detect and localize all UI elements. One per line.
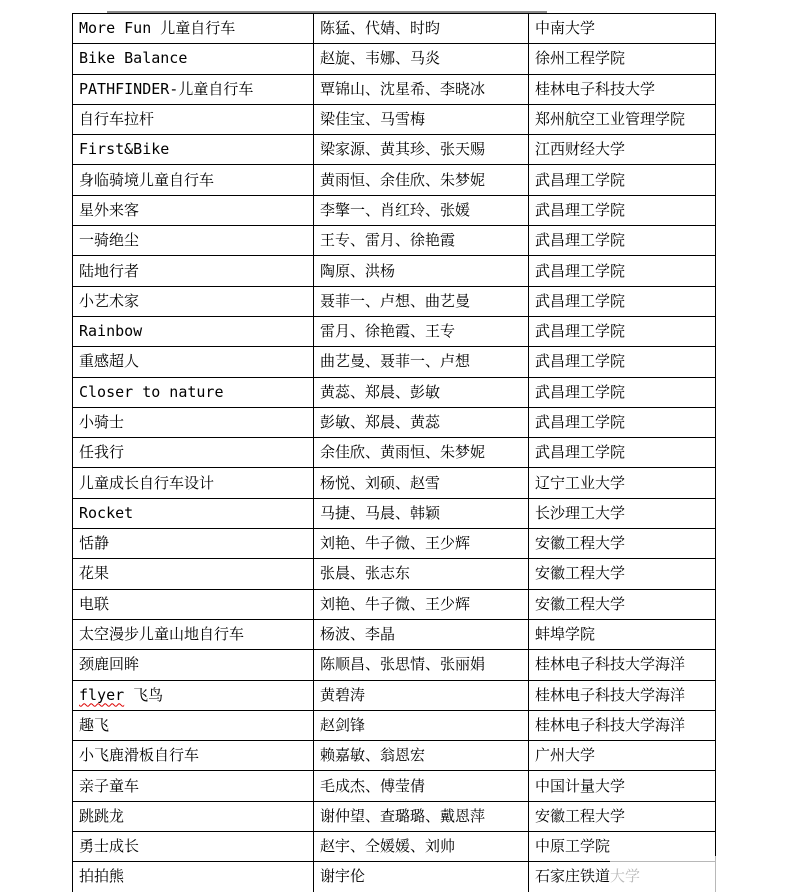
cell-authors: 陈猛、代婧、时昀: [314, 14, 529, 44]
cell-work-title: 颈鹿回眸: [73, 650, 314, 680]
cell-work-title: 跳跳龙: [73, 801, 314, 831]
cell-work-title: 恬静: [73, 529, 314, 559]
cell-work-title: 勇士成长: [73, 832, 314, 862]
cell-authors: 赵旋、韦娜、马炎: [314, 44, 529, 74]
cell-authors: 毛成杰、傅莹倩: [314, 771, 529, 801]
cell-authors: 余佳欣、黄雨恒、朱梦妮: [314, 438, 529, 468]
cell-school: 安徽工程大学: [529, 559, 716, 589]
cell-school: 中原工学院: [529, 832, 716, 862]
cell-school: 蚌埠学院: [529, 619, 716, 649]
cell-work-title: 拍拍熊: [73, 862, 314, 892]
cell-authors: 王专、雷月、徐艳霞: [314, 226, 529, 256]
cell-work-title: 小飞鹿滑板自行车: [73, 741, 314, 771]
cell-authors: 李擎一、肖红玲、张媛: [314, 195, 529, 225]
cell-authors: 雷月、徐艳霞、王专: [314, 316, 529, 346]
cell-authors: 张晨、张志东: [314, 559, 529, 589]
cell-work-title: Rocket: [73, 498, 314, 528]
cell-school: 武昌理工学院: [529, 165, 716, 195]
cell-school: 中南大学: [529, 14, 716, 44]
cell-work-title: 一骑绝尘: [73, 226, 314, 256]
cell-authors: 陈顺昌、张思情、张丽娟: [314, 650, 529, 680]
table-row: 颈鹿回眸 陈顺昌、张思情、张丽娟 桂林电子科技大学海洋: [73, 650, 716, 680]
cell-work-title: 星外来客: [73, 195, 314, 225]
cell-school: 武昌理工学院: [529, 316, 716, 346]
table-row: 儿童成长自行车设计 杨悦、刘硕、赵雪 辽宁工业大学: [73, 468, 716, 498]
table-row: 星外来客 李擎一、肖红玲、张媛 武昌理工学院: [73, 195, 716, 225]
cell-work-title: 亲子童车: [73, 771, 314, 801]
cell-work-title: 自行车拉杆: [73, 104, 314, 134]
cell-school: 武昌理工学院: [529, 438, 716, 468]
table-row: Closer to nature 黄蕊、郑晨、彭敏 武昌理工学院: [73, 377, 716, 407]
table-row: 太空漫步儿童山地自行车 杨波、李晶 蚌埠学院: [73, 619, 716, 649]
cell-work-title: 陆地行者: [73, 256, 314, 286]
table-row: 趣飞 赵剑锋 桂林电子科技大学海洋: [73, 710, 716, 740]
table-row: 自行车拉杆 梁佳宝、马雪梅 郑州航空工业管理学院: [73, 104, 716, 134]
cell-school: 中国计量大学: [529, 771, 716, 801]
cell-work-title: PATHFINDER-儿童自行车: [73, 74, 314, 104]
cell-school: 桂林电子科技大学: [529, 74, 716, 104]
table-row: 任我行 余佳欣、黄雨恒、朱梦妮 武昌理工学院: [73, 438, 716, 468]
cell-work-title: 小骑士: [73, 407, 314, 437]
cell-work-title: More Fun 儿童自行车: [73, 14, 314, 44]
cell-work-title: 重感超人: [73, 347, 314, 377]
awards-table: More Fun 儿童自行车 陈猛、代婧、时昀 中南大学 Bike Balanc…: [72, 13, 716, 892]
table-row: 花果 张晨、张志东 安徽工程大学: [73, 559, 716, 589]
cell-work-title: 花果: [73, 559, 314, 589]
cell-school: 广州大学: [529, 741, 716, 771]
cell-authors: 谢宇伦: [314, 862, 529, 892]
cell-work-title: 电联: [73, 589, 314, 619]
awards-table-body: More Fun 儿童自行车 陈猛、代婧、时昀 中南大学 Bike Balanc…: [73, 14, 716, 892]
table-row: 一骑绝尘 王专、雷月、徐艳霞 武昌理工学院: [73, 226, 716, 256]
cell-school: 桂林电子科技大学海洋: [529, 710, 716, 740]
table-row: flyer 飞鸟 黄碧涛 桂林电子科技大学海洋: [73, 680, 716, 710]
cell-authors: 聂菲一、卢想、曲艺曼: [314, 286, 529, 316]
cell-school: 武昌理工学院: [529, 347, 716, 377]
table-row: 身临骑境儿童自行车 黄雨恒、余佳欣、朱梦妮 武昌理工学院: [73, 165, 716, 195]
table-row: 亲子童车 毛成杰、傅莹倩 中国计量大学: [73, 771, 716, 801]
page-root: { "page": { "background_color": "#ffffff…: [0, 0, 793, 892]
cell-authors: 黄蕊、郑晨、彭敏: [314, 377, 529, 407]
cell-authors: 杨波、李晶: [314, 619, 529, 649]
table-row: More Fun 儿童自行车 陈猛、代婧、时昀 中南大学: [73, 14, 716, 44]
cell-school: 武昌理工学院: [529, 377, 716, 407]
table-row: First&Bike 梁家源、黄其珍、张天赐 江西财经大学: [73, 135, 716, 165]
table-row: 电联 刘艳、牛子微、王少辉 安徽工程大学: [73, 589, 716, 619]
cell-authors: 赵宇、仝媛媛、刘帅: [314, 832, 529, 862]
cell-work-title: 小艺术家: [73, 286, 314, 316]
cell-authors: 马捷、马晨、韩颖: [314, 498, 529, 528]
cell-authors: 黄雨恒、余佳欣、朱梦妮: [314, 165, 529, 195]
table-row: 重感超人 曲艺曼、聂菲一、卢想 武昌理工学院: [73, 347, 716, 377]
cell-school: 武昌理工学院: [529, 286, 716, 316]
table-row: PATHFINDER-儿童自行车 覃锦山、沈星希、李晓冰 桂林电子科技大学: [73, 74, 716, 104]
table-row: 小飞鹿滑板自行车 赖嘉敏、翁恩宏 广州大学: [73, 741, 716, 771]
table-row: 陆地行者 陶原、洪杨 武昌理工学院: [73, 256, 716, 286]
cell-school: 辽宁工业大学: [529, 468, 716, 498]
cell-school: 武昌理工学院: [529, 195, 716, 225]
table-row: 恬静 刘艳、牛子微、王少辉 安徽工程大学: [73, 529, 716, 559]
cell-school: 武昌理工学院: [529, 407, 716, 437]
cell-work-title: First&Bike: [73, 135, 314, 165]
cell-work-title: 儿童成长自行车设计: [73, 468, 314, 498]
cell-school: 武昌理工学院: [529, 226, 716, 256]
table-row: Rainbow 雷月、徐艳霞、王专 武昌理工学院: [73, 316, 716, 346]
cell-school: 安徽工程大学: [529, 801, 716, 831]
table-row: 勇士成长 赵宇、仝媛媛、刘帅 中原工学院: [73, 832, 716, 862]
cell-work-title: 任我行: [73, 438, 314, 468]
cell-authors: 刘艳、牛子微、王少辉: [314, 529, 529, 559]
cell-authors: 赵剑锋: [314, 710, 529, 740]
table-row: Bike Balance 赵旋、韦娜、马炎 徐州工程学院: [73, 44, 716, 74]
cell-authors: 陶原、洪杨: [314, 256, 529, 286]
cell-school: 安徽工程大学: [529, 529, 716, 559]
cell-authors: 刘艳、牛子微、王少辉: [314, 589, 529, 619]
table-row: 小艺术家 聂菲一、卢想、曲艺曼 武昌理工学院: [73, 286, 716, 316]
cell-work-title: Rainbow: [73, 316, 314, 346]
cell-authors: 杨悦、刘硕、赵雪: [314, 468, 529, 498]
cell-school: 武昌理工学院: [529, 256, 716, 286]
cell-work-title: 身临骑境儿童自行车: [73, 165, 314, 195]
cell-authors: 谢仲望、查璐璐、戴恩萍: [314, 801, 529, 831]
cell-work-title: 太空漫步儿童山地自行车: [73, 619, 314, 649]
cell-school: 长沙理工大学: [529, 498, 716, 528]
cell-school: 石家庄铁道大学: [529, 862, 716, 892]
cell-authors: 覃锦山、沈星希、李晓冰: [314, 74, 529, 104]
cell-work-title: Bike Balance: [73, 44, 314, 74]
cell-school: 安徽工程大学: [529, 589, 716, 619]
cell-school: 桂林电子科技大学海洋: [529, 650, 716, 680]
table-row: 跳跳龙 谢仲望、查璐璐、戴恩萍 安徽工程大学: [73, 801, 716, 831]
table-row: 小骑士 彭敏、郑晨、黄蕊 武昌理工学院: [73, 407, 716, 437]
cell-school: 徐州工程学院: [529, 44, 716, 74]
cell-work-title: flyer 飞鸟: [73, 680, 314, 710]
cell-work-title: 趣飞: [73, 710, 314, 740]
cell-authors: 黄碧涛: [314, 680, 529, 710]
cell-authors: 赖嘉敏、翁恩宏: [314, 741, 529, 771]
cell-authors: 梁佳宝、马雪梅: [314, 104, 529, 134]
cell-school: 江西财经大学: [529, 135, 716, 165]
cell-authors: 梁家源、黄其珍、张天赐: [314, 135, 529, 165]
cell-authors: 曲艺曼、聂菲一、卢想: [314, 347, 529, 377]
cell-school: 郑州航空工业管理学院: [529, 104, 716, 134]
cell-work-title: Closer to nature: [73, 377, 314, 407]
table-row: Rocket 马捷、马晨、韩颖 长沙理工大学: [73, 498, 716, 528]
cell-school: 桂林电子科技大学海洋: [529, 680, 716, 710]
cell-authors: 彭敏、郑晨、黄蕊: [314, 407, 529, 437]
spellcheck-underline: flyer: [79, 686, 124, 704]
table-row: 拍拍熊 谢宇伦 石家庄铁道大学: [73, 862, 716, 892]
